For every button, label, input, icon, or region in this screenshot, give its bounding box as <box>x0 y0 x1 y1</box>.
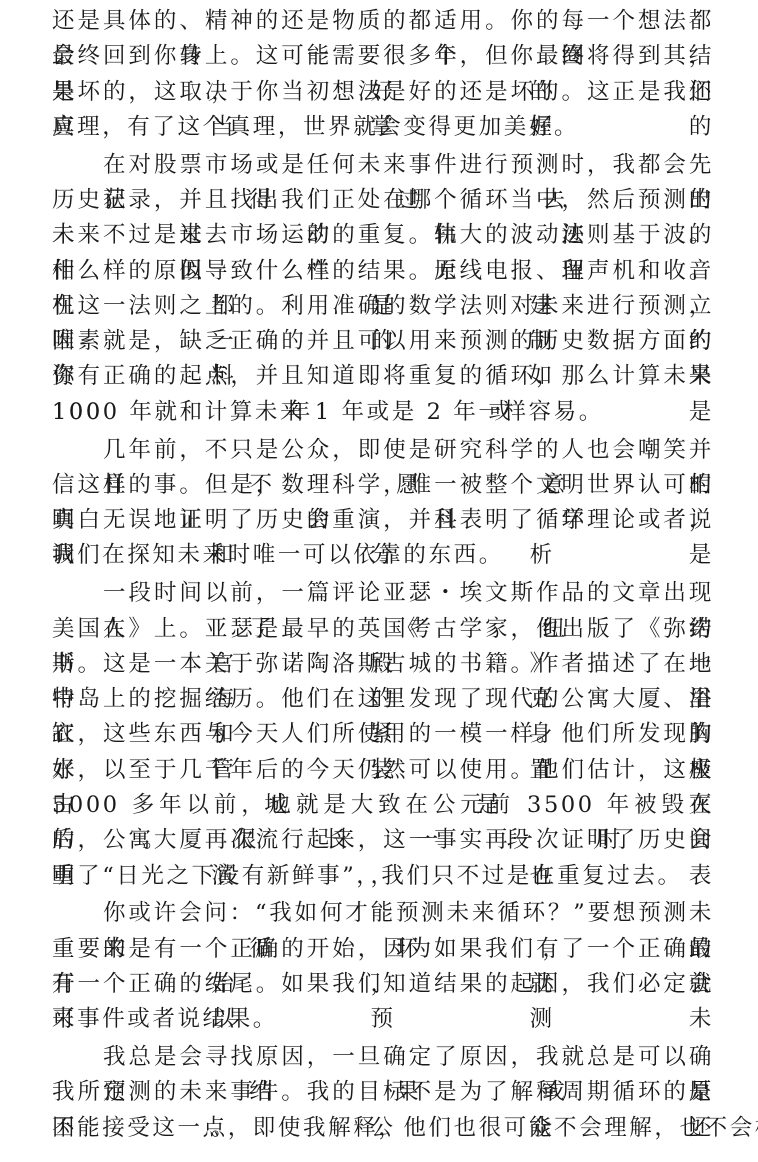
text-line: 衣，这些东西与今天人们所使用的一模一样。他们所发现的水管装置极 <box>52 717 714 752</box>
text-line-indented: 几年前，不只是公众，即使是研究科学的人也会嘲笑并且不愿意相 <box>52 433 714 468</box>
text-line: 有一个正确的结尾。如果我们知道结果的起因，我们必定就可以预测未 <box>52 967 714 1002</box>
text-line: 是坏的，这取决于你当初想法是好的还是坏的。这正是我们应当掌握的 <box>52 75 714 110</box>
text-line: 书。这是一本关于弥诺陶洛斯古城的书籍。作者描述了在地中海的克里 <box>52 647 714 682</box>
paragraph-5: 你或许会问：“我如何才能预测未来循环？”要想预测未来循环，最 重要的是有一个正确… <box>52 896 714 1037</box>
text-line: 我所预测的未来事件。我的目标不是为了解释周期循环的原因。公众还 <box>52 1075 714 1110</box>
text-line: 历史记录，并且找出我们正处在哪个循环当中，然后预测出未来的轨迹。 <box>52 183 714 218</box>
text-line: 还是具体的、精神的还是物质的都适用。你的每一个想法都会转一个圈， <box>52 4 714 39</box>
text-line: 信这样的事。但是，数理科学，唯一被整个文明世界认可的真正的科学， <box>52 468 714 503</box>
paragraph-2: 在对股票市场或是任何未来事件进行预测时，我都会先获得过去的 历史记录，并且找出我… <box>52 148 714 430</box>
text-line: 在这一法则之上的。利用准确的数学法则对未来进行预测，唯一的制约 <box>52 289 714 324</box>
text-line: 重要的是有一个正确的开始，因为如果我们有了一个正确的开始，就会 <box>52 932 714 967</box>
paragraph-4: 一段时间以前，一篇评论亚瑟・埃文斯作品的文章出现在了《纽约 美国人》上。亚瑟是最… <box>52 576 714 894</box>
text-line: 因素就是，缺乏正确的并且可以用来预测的历史数据方面的资料。如果 <box>52 324 714 359</box>
text-line: 不能接受这一点，即使我解释，他们也很可能不会理解，也不会相信。 <box>52 1111 714 1146</box>
document-page: 还是具体的、精神的还是物质的都适用。你的每一个想法都会转一个圈， 最终回到你身上… <box>52 4 714 1149</box>
text-line-indented: 我总是会寻找原因，一旦确定了原因，我就总是可以确定结果或是 <box>52 1040 714 1075</box>
text-line: 最终回到你身上。这可能需要很多年，但你最终将得到其结果，好的还 <box>52 39 714 74</box>
paragraph-1: 还是具体的、精神的还是物质的都适用。你的每一个想法都会转一个圈， 最终回到你身上… <box>52 4 714 145</box>
text-line: 好，以至于几千年后的今天仍然可以使用。他们估计，这座古城是在 <box>52 753 714 788</box>
text-line: 未来不过是过去市场运动的重复。伟大的波动法则基于波的相似性原理。 <box>52 218 714 253</box>
text-line-indented: 你或许会问：“我如何才能预测未来循环？”要想预测未来循环，最 <box>52 896 714 931</box>
text-line: 特岛上的挖掘经历。他们在这里发现了现代的公寓大厦、浴缸和紧身胸 <box>52 682 714 717</box>
text-line: 明白无误地证明了历史会重演，并且表明了循环理论或者说调和分析是 <box>52 503 714 538</box>
paragraph-6: 我总是会寻找原因，一旦确定了原因，我就总是可以确定结果或是 我所预测的未来事件。… <box>52 1040 714 1146</box>
text-line: 后，公寓大厦再次流行起来，这一事实再一次证明了历史会重演，也表 <box>52 823 714 858</box>
text-line: 5000 多年以前，也就是大致在公元前 3500 年被毁灭的。很长一段时间 <box>52 788 714 823</box>
text-line: 明了“日光之下没有新鲜事”，我们只不过是在重复过去。 <box>52 859 714 894</box>
text-line-indented: 一段时间以前，一篇评论亚瑟・埃文斯作品的文章出现在了《纽约 <box>52 576 714 611</box>
text-line: 美国人》上。亚瑟是最早的英国考古学家，他出版了《弥诺斯宫殿》一 <box>52 612 714 647</box>
paragraph-3: 几年前，不只是公众，即使是研究科学的人也会嘲笑并且不愿意相 信这样的事。但是，数… <box>52 433 714 574</box>
text-line: 你有正确的起点，并且知道即将重复的循环，那么计算未来 100 年或是 <box>52 359 714 394</box>
text-line-indented: 在对股票市场或是任何未来事件进行预测时，我都会先获得过去的 <box>52 148 714 183</box>
text-line: 什么样的原因导致什么样的结果。无线电报、留声机和收音机都是建立 <box>52 254 714 289</box>
